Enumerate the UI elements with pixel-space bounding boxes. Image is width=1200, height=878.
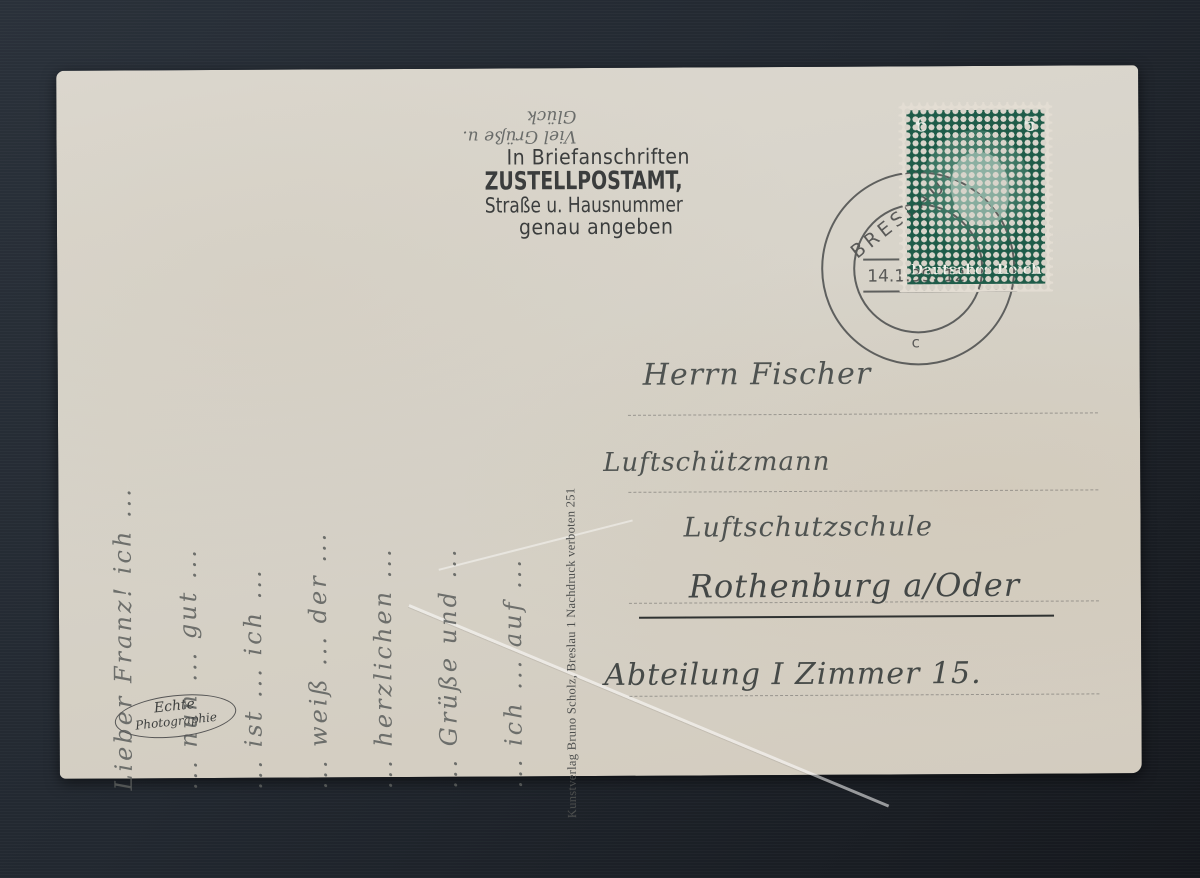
address-guide-line	[628, 489, 1098, 492]
address-line-city: Rothenburg a/Oder	[689, 566, 1020, 606]
message-top-note: Viel Grüße u. Glück	[431, 106, 576, 147]
portrait-profile-icon	[920, 130, 1031, 251]
slogan-line: genau angeben	[485, 215, 785, 239]
stamp-value: 6	[914, 114, 927, 136]
postmark-letter: c	[912, 333, 920, 351]
address-underline	[639, 615, 1054, 619]
address-guide-line	[629, 693, 1099, 696]
message-line: ... herzlichen ...	[366, 89, 408, 789]
portrait-head	[951, 152, 1009, 226]
publisher-imprint: Kunstverlag Bruno Scholz, Breslau 1 Nach…	[562, 198, 580, 818]
slogan-line: Straße u. Hausnummer	[485, 193, 755, 216]
address-line-department: Abteilung I Zimmer 15.	[604, 656, 981, 693]
stamp-country: Deutsches Reich	[907, 262, 1045, 279]
address-guide-line	[628, 412, 1098, 415]
message-line: Lieber Franz! ich ...	[106, 90, 148, 790]
address-line-institution: Luftschutzschule	[683, 511, 933, 543]
message-line: ... weiß ... der ...	[301, 89, 343, 789]
slogan-cancel: In Briefanschriften ZUSTELLPOSTAMT, Stra…	[485, 145, 785, 239]
message-line: ... Grüße und ...	[431, 89, 473, 789]
stamp-face: 6 6 Deutsches Reich	[906, 110, 1045, 285]
postcard: Lieber Franz! ich ... ... nun ... gut ..…	[56, 65, 1142, 779]
message-line: ... ist ... ich ...	[236, 90, 278, 790]
stamp-value: 6	[1023, 114, 1036, 136]
address-line-rank: Luftschützmann	[603, 447, 830, 478]
postage-stamp: 6 6 Deutsches Reich	[898, 102, 1053, 293]
message-line: ... nun ... gut ...	[171, 90, 213, 790]
slogan-line: ZUSTELLPOSTAMT,	[485, 167, 737, 195]
address-line-name: Herrn Fischer	[643, 357, 872, 393]
